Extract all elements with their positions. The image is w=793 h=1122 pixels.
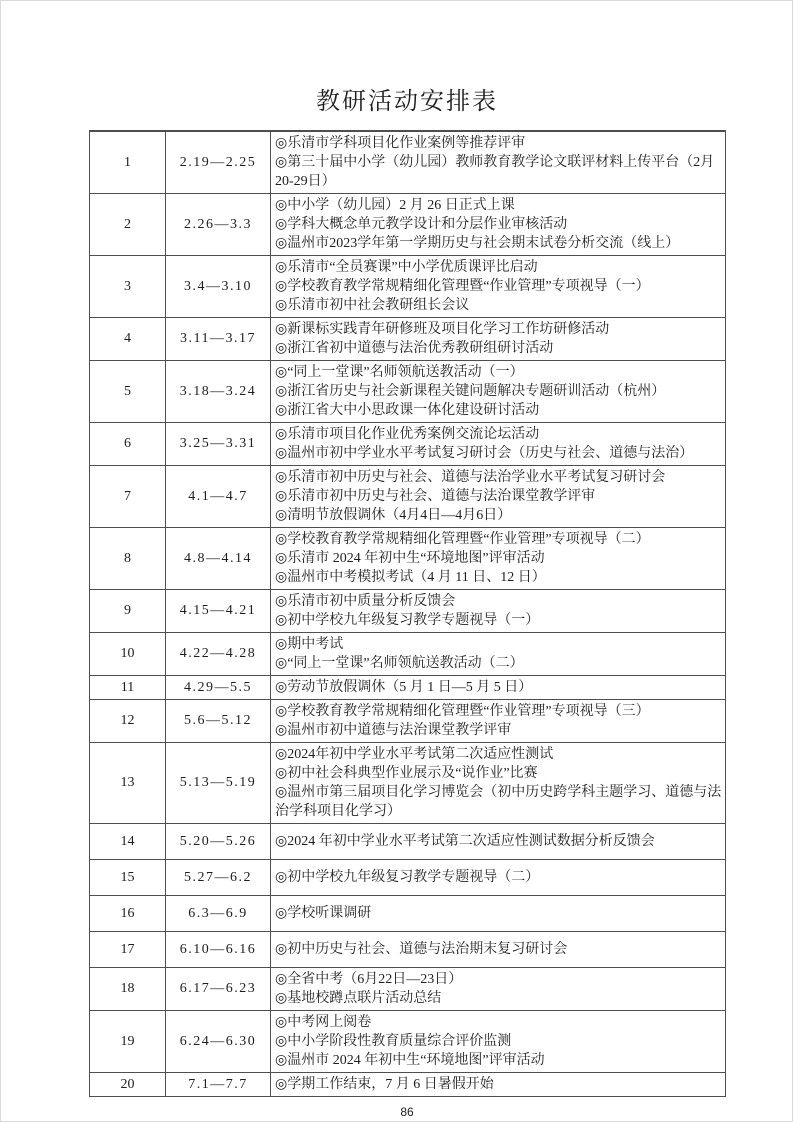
activity-item: ◎清明节放假调休（4月4日—4月6日） — [275, 506, 722, 525]
schedule-table-body: 12.19—2.25◎乐清市学科项目化作业案例等推荐评审◎第三十届中小学（幼儿园… — [90, 131, 726, 1097]
row-number: 2 — [90, 194, 166, 256]
row-date-range: 4.29—5.5 — [166, 676, 271, 700]
row-number: 6 — [90, 423, 166, 466]
table-row: 63.25—3.31◎乐清市项目化作业优秀案例交流论坛活动◎温州市初中学业水平考… — [90, 423, 726, 466]
table-row: 135.13—5.19◎2024年初中学业水平考试第二次适应性测试◎初中社会科典… — [90, 743, 726, 824]
row-number: 14 — [90, 824, 166, 860]
row-number: 16 — [90, 896, 166, 932]
table-row: 207.1—7.7◎学期工作结束，7 月 6 日暑假开始 — [90, 1073, 726, 1097]
row-activities: ◎全省中考（6月22日—23日）◎基地校蹲点联片活动总结 — [271, 968, 726, 1011]
row-activities: ◎乐清市学科项目化作业案例等推荐评审◎第三十届中小学（幼儿园）教师教育教学论文联… — [271, 131, 726, 194]
activity-item: ◎乐清市初中社会教研组长会议 — [275, 296, 722, 315]
row-number: 1 — [90, 131, 166, 194]
row-activities: ◎“同上一堂课”名师领航送教活动（一）◎浙江省历史与社会新课程关键问题解决专题研… — [271, 361, 726, 423]
table-row: 22.26—3.3◎中小学（幼儿园）2 月 26 日正式上课◎学科大概念单元教学… — [90, 194, 726, 256]
activity-item: ◎基地校蹲点联片活动总结 — [275, 989, 722, 1008]
schedule-table: 12.19—2.25◎乐清市学科项目化作业案例等推荐评审◎第三十届中小学（幼儿园… — [89, 130, 726, 1097]
row-number: 8 — [90, 528, 166, 590]
table-row: 176.10—6.16◎初中历史与社会、道德与法治期末复习研讨会 — [90, 932, 726, 968]
row-activities: ◎期中考试◎“同上一堂课”名师领航送教活动（二） — [271, 633, 726, 676]
activity-item: ◎温州市 2024 年初中生“环境地图”评审活动 — [275, 1051, 722, 1070]
table-row: 12.19—2.25◎乐清市学科项目化作业案例等推荐评审◎第三十届中小学（幼儿园… — [90, 131, 726, 194]
row-activities: ◎乐清市初中历史与社会、道德与法治学业水平考试复习研讨会◎乐清市初中历史与社会、… — [271, 466, 726, 528]
row-date-range: 6.3—6.9 — [166, 896, 271, 932]
row-activities: ◎初中历史与社会、道德与法治期末复习研讨会 — [271, 932, 726, 968]
row-date-range: 5.13—5.19 — [166, 743, 271, 824]
row-date-range: 4.1—4.7 — [166, 466, 271, 528]
activity-item: ◎浙江省大中小思政课一体化建设研讨活动 — [275, 401, 722, 420]
row-number: 13 — [90, 743, 166, 824]
activity-item: ◎2024年初中学业水平考试第二次适应性测试 — [275, 745, 722, 764]
table-row: 84.8—4.14◎学校教育教学常规精细化管理暨“作业管理”专项视导（二）◎乐清… — [90, 528, 726, 590]
page-number: 86 — [89, 1105, 725, 1119]
table-row: 166.3—6.9◎学校听课调研 — [90, 896, 726, 932]
table-row: 43.11—3.17◎新课标实践青年研修班及项目化学习工作坊研修活动◎浙江省初中… — [90, 318, 726, 361]
activity-item: ◎温州市初中学业水平考试复习研讨会（历史与社会、道德与法治） — [275, 444, 722, 463]
row-date-range: 5.20—5.26 — [166, 824, 271, 860]
row-number: 5 — [90, 361, 166, 423]
table-row: 33.4—3.10◎乐清市“全员赛课”中小学优质课评比启动◎学校教育教学常规精细… — [90, 256, 726, 318]
row-activities: ◎中小学（幼儿园）2 月 26 日正式上课◎学科大概念单元教学设计和分层作业审核… — [271, 194, 726, 256]
row-activities: ◎劳动节放假调休（5 月 1 日—5 月 5 日） — [271, 676, 726, 700]
document-page: 教研活动安排表 12.19—2.25◎乐清市学科项目化作业案例等推荐评审◎第三十… — [0, 0, 793, 1122]
activity-item: ◎乐清市项目化作业优秀案例交流论坛活动 — [275, 425, 722, 444]
row-activities: ◎2024年初中学业水平考试第二次适应性测试◎初中社会科典型作业展示及“说作业”… — [271, 743, 726, 824]
row-number: 9 — [90, 590, 166, 633]
table-row: 104.22—4.28◎期中考试◎“同上一堂课”名师领航送教活动（二） — [90, 633, 726, 676]
row-date-range: 4.8—4.14 — [166, 528, 271, 590]
row-date-range: 3.18—3.24 — [166, 361, 271, 423]
row-date-range: 2.26—3.3 — [166, 194, 271, 256]
table-row: 155.27—6.2◎初中学校九年级复习教学专题视导（二） — [90, 860, 726, 896]
activity-item: ◎浙江省历史与社会新课程关键问题解决专题研训活动（杭州） — [275, 382, 722, 401]
activity-item: ◎乐清市 2024 年初中生“环境地图”评审活动 — [275, 549, 722, 568]
activity-item: ◎初中历史与社会、道德与法治期末复习研讨会 — [275, 940, 722, 959]
row-number: 10 — [90, 633, 166, 676]
activity-item: ◎中考网上阅卷 — [275, 1013, 722, 1032]
table-row: 186.17—6.23◎全省中考（6月22日—23日）◎基地校蹲点联片活动总结 — [90, 968, 726, 1011]
row-number: 4 — [90, 318, 166, 361]
activity-item: ◎温州市中考模拟考试（4 月 11 日、12 日） — [275, 568, 722, 587]
row-number: 7 — [90, 466, 166, 528]
activity-item: ◎2024 年初中学业水平考试第二次适应性测试数据分析反馈会 — [275, 832, 722, 851]
activity-item: ◎乐清市初中历史与社会、道德与法治学业水平考试复习研讨会 — [275, 468, 722, 487]
row-number: 17 — [90, 932, 166, 968]
row-activities: ◎乐清市初中质量分析反馈会◎初中学校九年级复习教学专题视导（一） — [271, 590, 726, 633]
activity-item: ◎学科大概念单元教学设计和分层作业审核活动 — [275, 215, 722, 234]
activity-item: ◎劳动节放假调休（5 月 1 日—5 月 5 日） — [275, 678, 722, 697]
activity-item: ◎初中社会科典型作业展示及“说作业”比赛 — [275, 764, 722, 783]
row-date-range: 3.4—3.10 — [166, 256, 271, 318]
activity-item: ◎第三十届中小学（幼儿园）教师教育教学论文联评材料上传平台（2月20-29日） — [275, 153, 722, 191]
row-number: 20 — [90, 1073, 166, 1097]
row-date-range: 5.6—5.12 — [166, 700, 271, 743]
activity-item: ◎学校听课调研 — [275, 904, 722, 923]
row-number: 19 — [90, 1011, 166, 1073]
activity-item: ◎学校教育教学常规精细化管理暨“作业管理”专项视导（二） — [275, 530, 722, 549]
activity-item: ◎“同上一堂课”名师领航送教活动（二） — [275, 654, 722, 673]
table-row: 53.18—3.24◎“同上一堂课”名师领航送教活动（一）◎浙江省历史与社会新课… — [90, 361, 726, 423]
table-row: 145.20—5.26◎2024 年初中学业水平考试第二次适应性测试数据分析反馈… — [90, 824, 726, 860]
row-activities: ◎乐清市项目化作业优秀案例交流论坛活动◎温州市初中学业水平考试复习研讨会（历史与… — [271, 423, 726, 466]
row-date-range: 4.15—4.21 — [166, 590, 271, 633]
row-date-range: 6.10—6.16 — [166, 932, 271, 968]
row-date-range: 2.19—2.25 — [166, 131, 271, 194]
activity-item: ◎浙江省初中道德与法治优秀教研组研讨活动 — [275, 339, 722, 358]
row-date-range: 4.22—4.28 — [166, 633, 271, 676]
activity-item: ◎中小学（幼儿园）2 月 26 日正式上课 — [275, 196, 722, 215]
row-activities: ◎学校教育教学常规精细化管理暨“作业管理”专项视导（二）◎乐清市 2024 年初… — [271, 528, 726, 590]
row-activities: ◎新课标实践青年研修班及项目化学习工作坊研修活动◎浙江省初中道德与法治优秀教研组… — [271, 318, 726, 361]
activity-item: ◎中小学阶段性教育质量综合评价监测 — [275, 1032, 722, 1051]
activity-item: ◎温州市初中道德与法治课堂教学评审 — [275, 721, 722, 740]
row-date-range: 3.11—3.17 — [166, 318, 271, 361]
row-activities: ◎中考网上阅卷◎中小学阶段性教育质量综合评价监测◎温州市 2024 年初中生“环… — [271, 1011, 726, 1073]
page-title: 教研活动安排表 — [89, 88, 725, 116]
activity-item: ◎“同上一堂课”名师领航送教活动（一） — [275, 363, 722, 382]
activity-item: ◎初中学校九年级复习教学专题视导（一） — [275, 611, 722, 630]
row-activities: ◎学期工作结束，7 月 6 日暑假开始 — [271, 1073, 726, 1097]
row-number: 18 — [90, 968, 166, 1011]
table-row: 196.24—6.30◎中考网上阅卷◎中小学阶段性教育质量综合评价监测◎温州市 … — [90, 1011, 726, 1073]
activity-item: ◎乐清市学科项目化作业案例等推荐评审 — [275, 134, 722, 153]
row-date-range: 6.24—6.30 — [166, 1011, 271, 1073]
activity-item: ◎学期工作结束，7 月 6 日暑假开始 — [275, 1075, 722, 1094]
row-number: 3 — [90, 256, 166, 318]
row-activities: ◎乐清市“全员赛课”中小学优质课评比启动◎学校教育教学常规精细化管理暨“作业管理… — [271, 256, 726, 318]
row-date-range: 3.25—3.31 — [166, 423, 271, 466]
row-date-range: 7.1—7.7 — [166, 1073, 271, 1097]
activity-item: ◎学校教育教学常规精细化管理暨“作业管理”专项视导（三） — [275, 702, 722, 721]
activity-item: ◎温州市2023学年第一学期历史与社会期末试卷分析交流（线上） — [275, 234, 722, 253]
row-number: 12 — [90, 700, 166, 743]
activity-item: ◎温州市第三届项目化学习博览会（初中历史跨学科主题学习、道德与法治学科项目化学习… — [275, 783, 722, 821]
row-number: 11 — [90, 676, 166, 700]
activity-item: ◎乐清市“全员赛课”中小学优质课评比启动 — [275, 258, 722, 277]
row-date-range: 6.17—6.23 — [166, 968, 271, 1011]
activity-item: ◎新课标实践青年研修班及项目化学习工作坊研修活动 — [275, 320, 722, 339]
table-row: 94.15—4.21◎乐清市初中质量分析反馈会◎初中学校九年级复习教学专题视导（… — [90, 590, 726, 633]
row-activities: ◎学校教育教学常规精细化管理暨“作业管理”专项视导（三）◎温州市初中道德与法治课… — [271, 700, 726, 743]
table-row: 125.6—5.12◎学校教育教学常规精细化管理暨“作业管理”专项视导（三）◎温… — [90, 700, 726, 743]
activity-item: ◎全省中考（6月22日—23日） — [275, 970, 722, 989]
activity-item: ◎乐清市初中质量分析反馈会 — [275, 592, 722, 611]
activity-item: ◎初中学校九年级复习教学专题视导（二） — [275, 868, 722, 887]
row-activities: ◎初中学校九年级复习教学专题视导（二） — [271, 860, 726, 896]
table-row: 114.29—5.5◎劳动节放假调休（5 月 1 日—5 月 5 日） — [90, 676, 726, 700]
row-activities: ◎2024 年初中学业水平考试第二次适应性测试数据分析反馈会 — [271, 824, 726, 860]
row-activities: ◎学校听课调研 — [271, 896, 726, 932]
table-row: 74.1—4.7◎乐清市初中历史与社会、道德与法治学业水平考试复习研讨会◎乐清市… — [90, 466, 726, 528]
activity-item: ◎乐清市初中历史与社会、道德与法治课堂教学评审 — [275, 487, 722, 506]
activity-item: ◎期中考试 — [275, 635, 722, 654]
row-date-range: 5.27—6.2 — [166, 860, 271, 896]
row-number: 15 — [90, 860, 166, 896]
activity-item: ◎学校教育教学常规精细化管理暨“作业管理”专项视导（一） — [275, 277, 722, 296]
